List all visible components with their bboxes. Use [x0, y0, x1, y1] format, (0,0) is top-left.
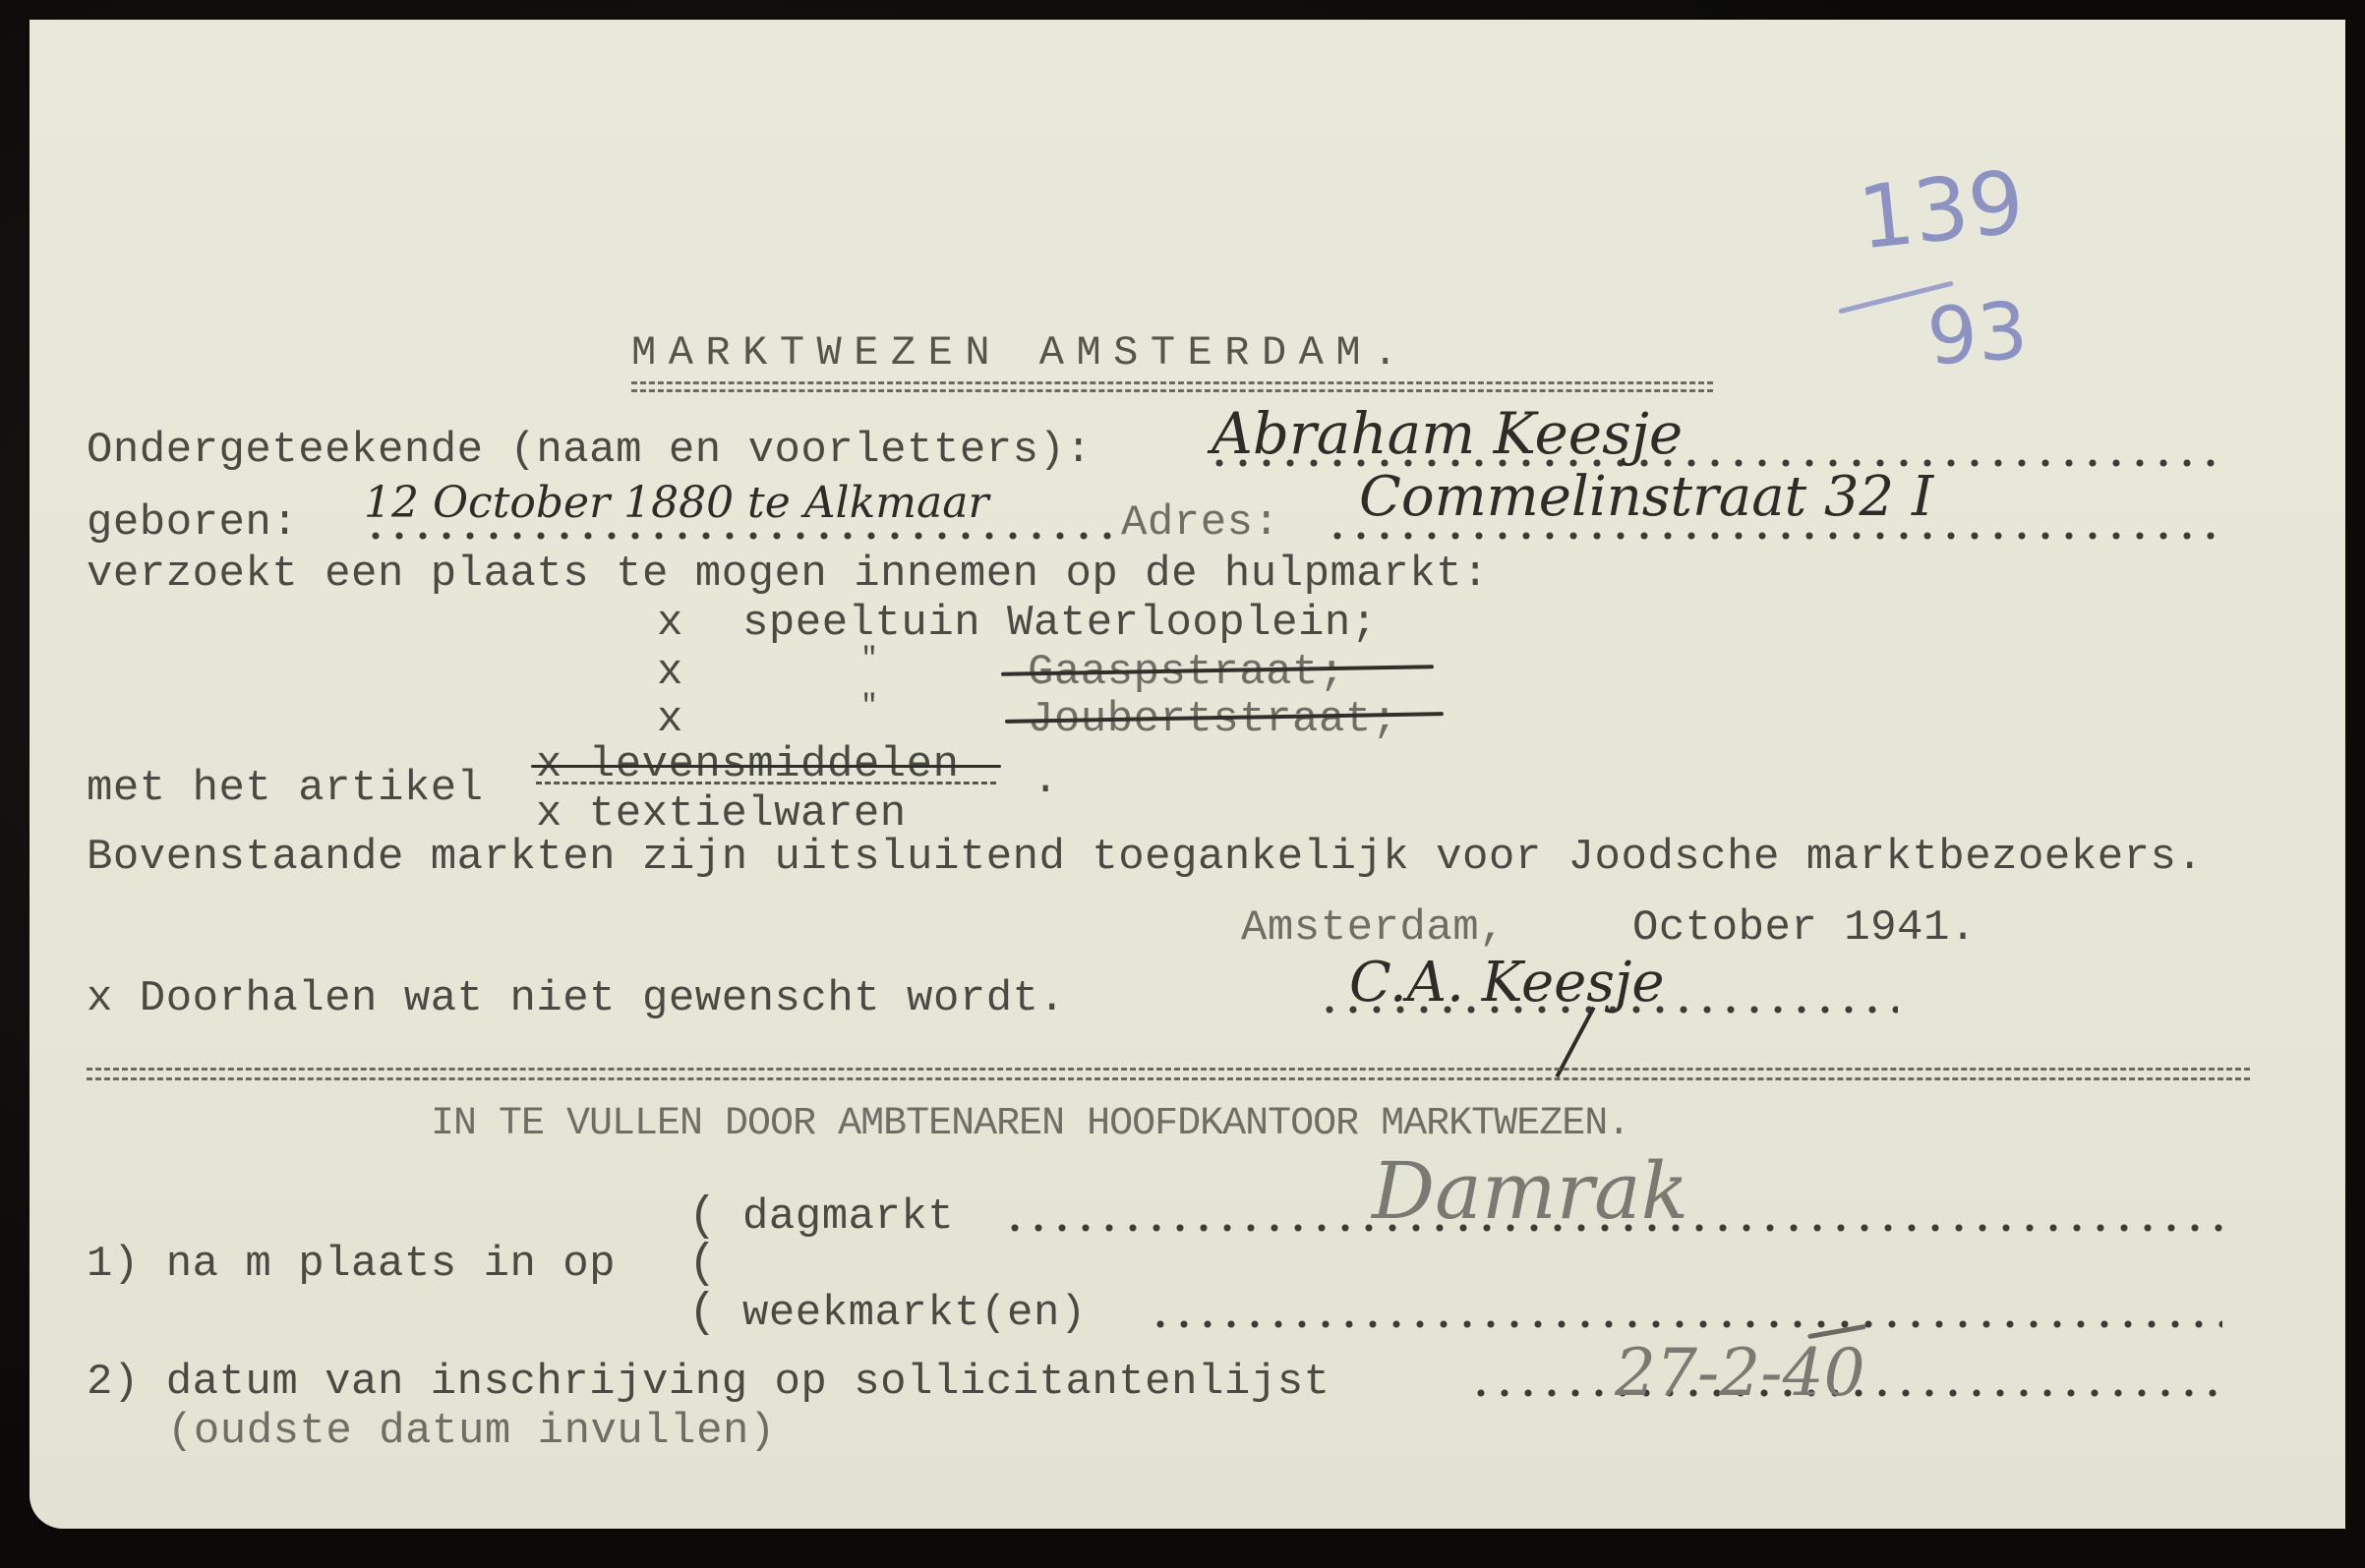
date-text: October 1941. [1632, 906, 1977, 950]
born-dotted-line [364, 531, 1121, 541]
item2-note: (oudste datum invullen) [167, 1410, 776, 1453]
archive-number-bottom: 93 [1924, 292, 2030, 377]
weekmarkt-label: weekmarkt(en) [742, 1292, 1087, 1335]
archive-number-top: 139 [1855, 158, 2028, 261]
market-3-ditto: " [860, 692, 879, 722]
item2-pencil-date: 27-2-40 [1615, 1341, 1865, 1406]
article-label: met het artikel [87, 767, 484, 810]
place-text: Amsterdam, [1241, 906, 1506, 950]
article-option-textile: x textielwaren [536, 792, 907, 836]
market-1-marker: x [657, 602, 683, 645]
title-underline-2 [631, 389, 1713, 392]
address-label: Adres: [1121, 501, 1279, 545]
born-handwritten: 12 October 1880 te Alkmaar [364, 482, 989, 525]
name-handwritten: Abraham Keesje [1212, 405, 1683, 462]
dagmarkt-pencil-value: Damrak [1372, 1152, 1688, 1231]
section-separator [87, 1068, 2250, 1071]
article-end-dot: . [1033, 759, 1059, 802]
item1-label: 1) na m plaats in op [87, 1243, 616, 1286]
address-dotted-line [1326, 531, 2220, 541]
market-3-marker: x [657, 698, 683, 741]
scanned-document: 139 93 MARKTWEZEN AMSTERDAM. Ondergeteek… [0, 0, 2365, 1568]
footnote-text: x Doorhalen wat niet gewenscht wordt. [87, 977, 1065, 1020]
born-label: geboren: [87, 501, 298, 545]
title-underline [631, 381, 1713, 384]
address-handwritten: Commelinstraat 32 I [1359, 470, 1933, 525]
market-1-name: speeltuin Waterlooplein; [742, 602, 1378, 645]
brace-top: ( [688, 1193, 717, 1241]
market-2-marker: x [657, 651, 683, 694]
item2-label: 2) datum van inschrijving op sollicitant… [87, 1361, 1330, 1404]
weekmarkt-dotted-line [1149, 1319, 2222, 1329]
notice-text: Bovenstaande markten zijn uitsluitend to… [87, 836, 2203, 879]
name-label: Ondergeteekende (naam en voorletters): [87, 429, 1092, 472]
brace-bottom: ( [688, 1290, 717, 1337]
section-separator-2 [87, 1077, 2250, 1080]
market-2-ditto: " [860, 645, 879, 674]
brace-middle: ( [688, 1241, 717, 1288]
article-food-strikethrough [531, 765, 1001, 768]
dagmarkt-label: dagmarkt [742, 1195, 954, 1239]
form-title: MARKTWEZEN AMSTERDAM. [631, 332, 1410, 374]
request-intro: verzoekt een plaats te mogen innemen op … [87, 552, 1489, 596]
office-section-heading: IN TE VULLEN DOOR AMBTENAREN HOOFDKANTOO… [431, 1105, 1629, 1144]
signature-handwritten: C.A. Keesje [1349, 956, 1665, 1011]
article-divider [536, 782, 996, 784]
